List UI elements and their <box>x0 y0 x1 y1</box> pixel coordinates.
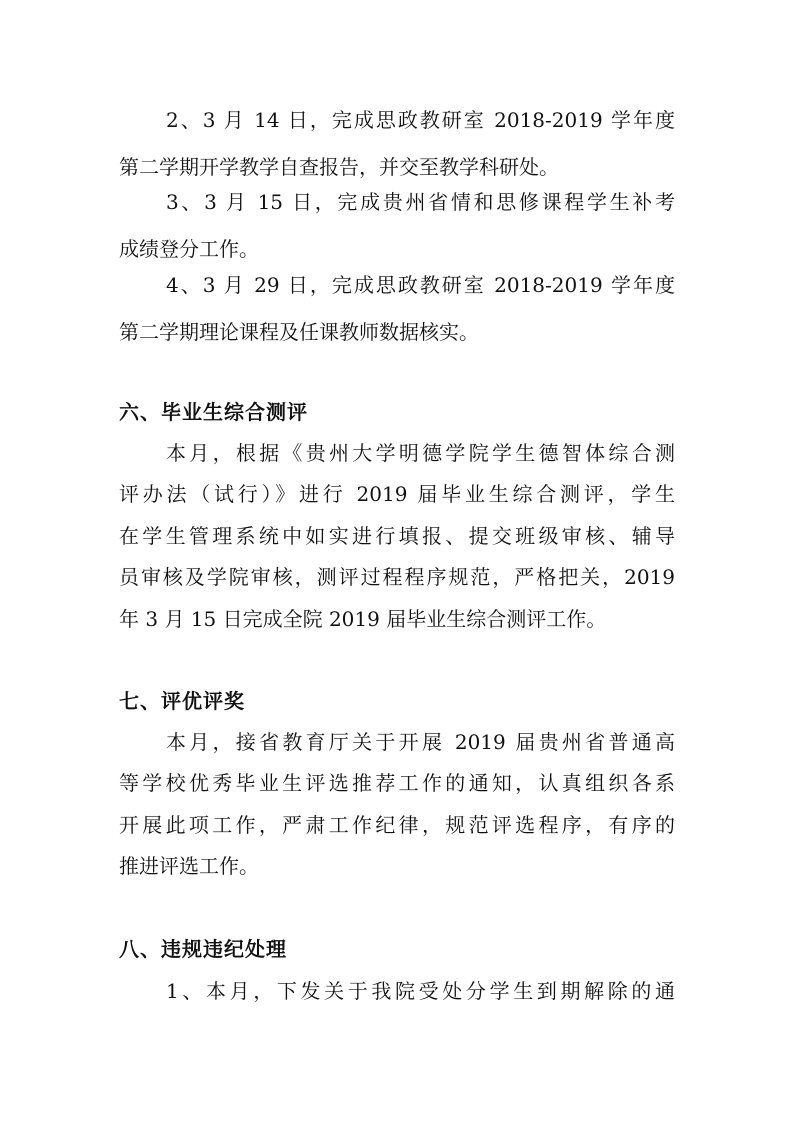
paragraph-line: 第二学期理论课程及任课教师数据核实。 <box>119 319 675 345</box>
paragraph-line: 第二学期开学教学自查报告，并交至教学科研处。 <box>119 154 675 180</box>
paragraph-line: 员审核及学院审核，测评过程程序规范，严格把关，2019 <box>119 564 675 590</box>
paragraph-line: 2、3 月 14 日，完成思政教研室 2018-2019 学年度 <box>166 107 675 133</box>
paragraph-line: 开展此项工作，严肃工作纪律，规范评选程序，有序的 <box>119 812 675 838</box>
paragraph-line: 本月，接省教育厅关于开展 2019 届贵州省普通高 <box>166 729 675 755</box>
paragraph-line: 3、3 月 15 日，完成贵州省情和思修课程学生补考 <box>166 189 675 215</box>
paragraph-line: 在学生管理系统中如实进行填报、提交班级审核、辅导 <box>119 523 675 549</box>
paragraph-line: 本月，根据《贵州大学明德学院学生德智体综合测 <box>166 440 675 466</box>
paragraph-line: 推进评选工作。 <box>119 853 675 879</box>
paragraph-line: 4、3 月 29 日，完成思政教研室 2018-2019 学年度 <box>166 272 675 298</box>
paragraph-line: 成绩登分工作。 <box>119 236 675 262</box>
paragraph-line: 等学校优秀毕业生评选推荐工作的通知，认真组织各系 <box>119 770 675 796</box>
paragraph-line: 年 3 月 15 日完成全院 2019 届毕业生综合测评工作。 <box>119 606 675 632</box>
section-heading: 八、违规违纪处理 <box>119 936 287 962</box>
section-heading: 七、评优评奖 <box>119 688 245 714</box>
paragraph-line: 1、本月，下发关于我院受处分学生到期解除的通 <box>166 978 675 1004</box>
section-heading: 六、毕业生综合测评 <box>119 399 308 425</box>
paragraph-line: 评办法（试行）》进行 2019 届毕业生综合测评，学生 <box>119 481 675 507</box>
